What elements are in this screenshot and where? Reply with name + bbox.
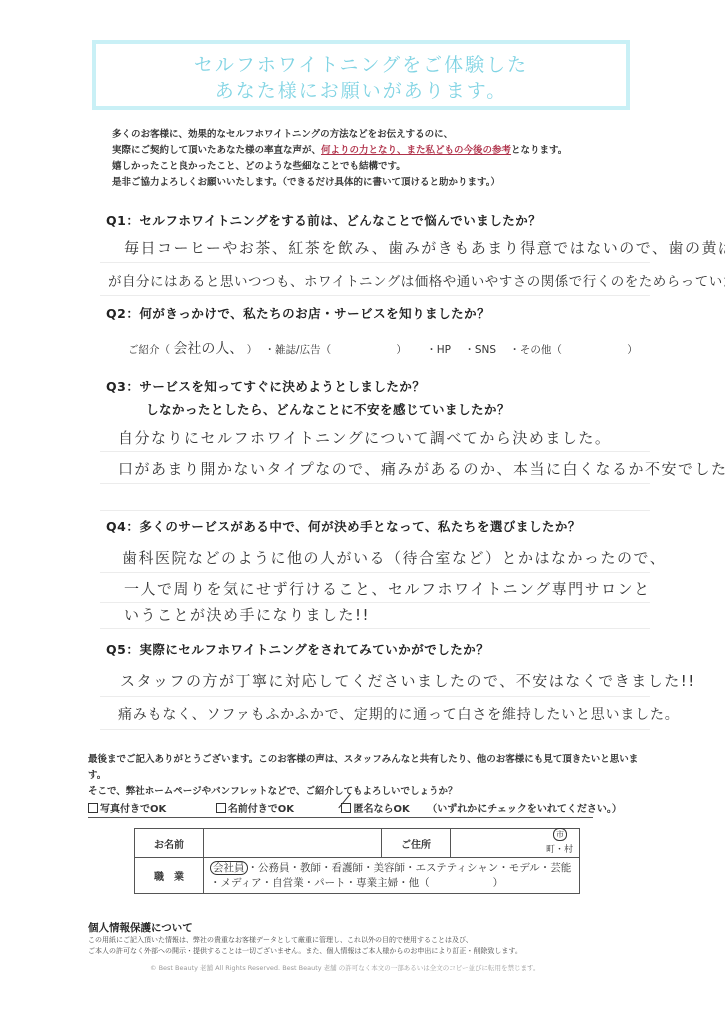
occupation-field[interactable]: 会社員・公務員・教師・看護師・美容師・エステティシャン・モデル・芸能 ・メディア… [204,858,580,894]
answer-rule [100,602,650,603]
privacy-text: この用紙にご記入頂いた情報は、弊社の貴重なお客様データとして厳重に管理し、これ以… [88,935,522,957]
title-line-2: あなた様にお願いがあります。 [96,78,626,104]
intro-text: 多くのお客様に、効果的なセルフホワイトニングの方法などをお伝えするのに、 実際に… [112,127,632,191]
intro-line-3: 嬉しかったこと良かったこと、どのような些細なことでも結構です。 [112,159,632,175]
answer-5-line-2[interactable]: 痛みもなく、ソファもふかふかで、定期的に通って白さを維持したいと思いました。 [118,704,680,724]
info-table: お名前 ご住所 市 町・村 職 業 会社員・公務員・教師・看護師・美容師・エステ… [134,828,580,894]
occupation-selected[interactable]: 会社員 [210,861,248,875]
privacy-line-2: ご本人の許可なく外部への開示・提供することは一切ございません。また、個人情報はご… [88,946,522,957]
answer-4-line-2[interactable]: 一人で周りを気にせず行けること、セルフホワイトニング専門サロンと [124,578,651,599]
option-other[interactable]: ・その他（ [509,342,562,357]
answer-3-line-2[interactable]: 口があまり開かないタイプなので、痛みがあるのか、本当に白くなるか不安でした。 [118,458,725,479]
intro-line-1: 多くのお客様に、効果的なセルフホワイトニングの方法などをお伝えするのに、 [112,127,632,143]
answer-4-line-3[interactable]: いうことが決め手になりました!! [124,604,370,625]
privacy-heading: 個人情報保護について [88,920,193,935]
question-4: Q4：多くのサービスがある中で、何が決め手となって、私たちを選びましたか？ [106,517,581,535]
occupation-line-1: 会社員・公務員・教師・看護師・美容師・エステティシャン・モデル・芸能 [210,861,573,876]
consent-note: （いずれかにチェックをいれてください。） [427,800,622,815]
copyright: © Best Beauty 老舗 All Rights Reserved. Be… [150,963,539,972]
title-banner: セルフホワイトニングをご体験した あなた様にお願いがあります。 [92,40,630,110]
q2-options: ご紹介（ 会社の人、 ） ・雑誌/広告（ ） ・HP ・SNS ・その他（ ） [128,338,638,358]
question-5: Q5：実際にセルフホワイトニングをされてみていかがでしたか？ [106,640,489,658]
name-field[interactable] [204,829,382,858]
answer-rule [100,262,650,263]
checkbox-anonymous-checked[interactable] [341,803,351,813]
answer-1-line-1[interactable]: 毎日コーヒーやお茶、紅茶を飲み、歯みがきもあまり得意ではないので、歯の黄ばみ [124,237,725,258]
option-hp[interactable]: ・HP [426,342,451,357]
name-label: お名前 [135,829,204,858]
answer-rule [100,510,650,511]
consent-name[interactable]: 名前付きでOK [216,800,294,815]
answer-rule [100,295,650,296]
address-label: ご住所 [382,829,451,858]
answer-rule [100,729,650,730]
option-sns[interactable]: ・SNS [464,342,496,357]
occupation-line-2: ・メディア・自営業・パート・専業主婦・他（ ） [210,876,573,891]
closing-text: 最後までご記入ありがとうございます。このお客様の声は、スタッフみんなと共有したり… [88,752,648,800]
checkbox-photo[interactable] [88,803,98,813]
referral-input[interactable]: 会社の人、 [173,338,243,358]
intro-line-4: 是非ご協力よろしくお願いいたします。（できるだけ具体的に書いて頂けると助かります… [112,175,632,191]
answer-rule [100,572,650,573]
city-circled: 市 [553,828,567,841]
intro-line-2: 実際にご契約して頂いたあなた様の率直な声が、何よりの力となり、また私どもの今後の… [112,143,632,159]
question-1: Q1：セルフホワイトニングをする前は、どんなことで悩んでいましたか？ [106,211,541,229]
answer-rule [100,696,650,697]
answer-3-line-1[interactable]: 自分なりにセルフホワイトニングについて調べてから決めました。 [118,427,611,448]
closing-line-1: 最後までご記入ありがとうございます。このお客様の声は、スタッフみんなと共有したり… [88,752,648,784]
question-3: Q3：サービスを知ってすぐに決めようとしましたか？ しなかったとしたら、どんなこ… [106,377,510,418]
privacy-line-1: この用紙にご記入頂いた情報は、弊社の貴重なお客様データとして厳重に管理し、これ以… [88,935,522,946]
answer-rule [100,483,650,484]
question-3-sub: しなかったとしたら、どんなことに不安を感じていましたか？ [106,400,510,418]
checkbox-name[interactable] [216,803,226,813]
address-field[interactable]: 市 町・村 [451,829,580,858]
title-line-1: セルフホワイトニングをご体験した [96,52,626,78]
answer-1-line-2[interactable]: が自分にはあると思いつつも、ホワイトニングは価格や通いやすさの関係で行くのをため… [108,270,725,290]
consent-options: 写真付きでOK 名前付きでOK 匿名ならOK （いずれかにチェックをいれてくださ… [88,800,593,818]
answer-4-line-1[interactable]: 歯科医院などのように他の人がいる（待合室など）とかはなかったので、 [122,547,666,568]
consent-anonymous[interactable]: 匿名ならOK [341,800,409,815]
intro-highlight: 何よりの力となり、また私どもの今後の参考 [321,145,511,156]
answer-rule [100,451,650,452]
occupation-label: 職 業 [135,858,204,894]
answer-5-line-1[interactable]: スタッフの方が丁寧に対応してくださいましたので、不安はなくできました!! [120,670,696,691]
closing-line-2: そこで、弊社ホームページやパンフレットなどで、ご紹介してもよろしいでしょうか？ [88,784,648,800]
option-referral[interactable]: ご紹介（ [128,342,170,357]
consent-photo[interactable]: 写真付きでOK [88,800,166,815]
answer-rule [100,628,650,629]
question-2: Q2：何がきっかけで、私たちのお店・サービスを知りましたか？ [106,304,490,322]
option-magazine[interactable]: ・雑誌/広告（ [265,342,332,357]
